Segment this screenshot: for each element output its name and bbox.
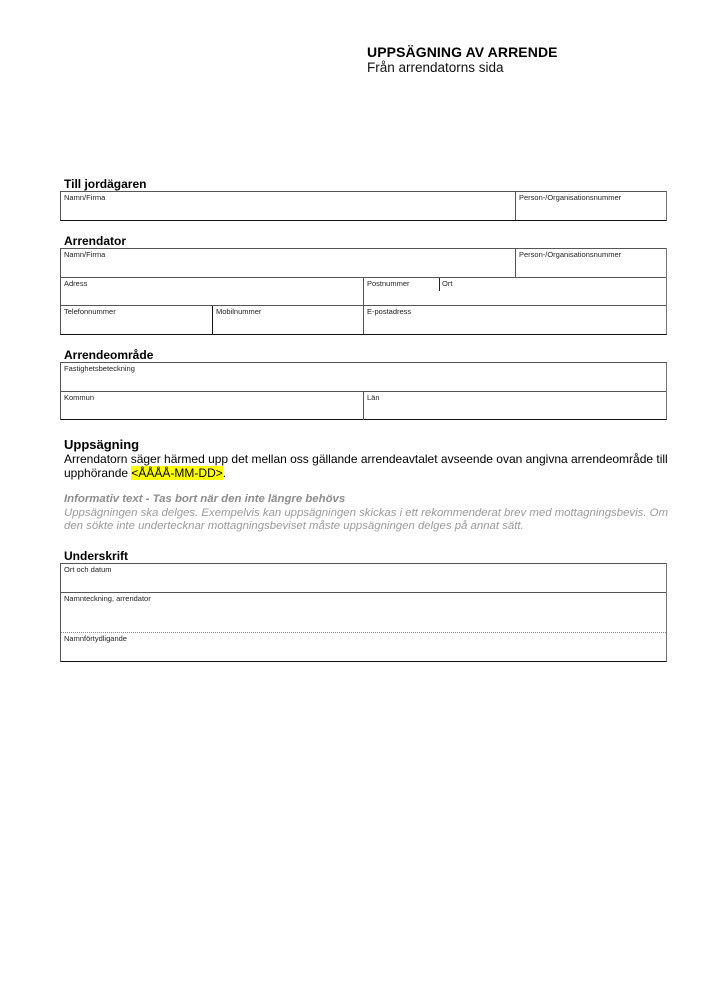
document-subtitle: Från arrendatorns sida	[367, 60, 558, 76]
tenant-box: Namn/Firma Person-/Organisationsnummer A…	[60, 248, 667, 335]
tenant-name-field[interactable]: Namn/Firma	[61, 249, 515, 277]
landowner-id-field[interactable]: Person-/Organisationsnummer	[515, 192, 666, 220]
info-block: Informativ text - Tas bort när den inte …	[64, 493, 674, 534]
county-field[interactable]: Län	[363, 392, 666, 420]
field-label: Telefonnummer	[64, 307, 209, 316]
field-label: Namn/Firma	[64, 193, 512, 202]
landowner-box: Namn/Firma Person-/Organisationsnummer	[60, 191, 667, 221]
lease-area-row-location: Kommun Län	[61, 392, 666, 420]
termination-end: .	[223, 466, 226, 480]
tenant-city-field[interactable]: Ort	[439, 278, 666, 305]
termination-date-placeholder[interactable]: <ÅÅÅÅ-MM-DD>	[131, 466, 222, 480]
landowner-row: Namn/Firma Person-/Organisationsnummer	[61, 192, 666, 220]
tenant-email-field[interactable]: E-postadress	[363, 306, 666, 334]
field-label: Ort	[442, 279, 663, 288]
field-label: Län	[367, 393, 663, 402]
tenant-row-contact: Telefonnummer Mobilnummer E-postadress	[61, 306, 666, 334]
field-label: Person-/Organisationsnummer	[519, 250, 663, 259]
tenant-phone-field[interactable]: Telefonnummer	[61, 306, 212, 334]
property-designation-field[interactable]: Fastighetsbeteckning	[61, 363, 666, 391]
document-title: UPPSÄGNING AV ARRENDE	[367, 44, 558, 60]
signature-row-name: Namnförtydligande	[61, 633, 666, 661]
tenant-heading: Arrendator	[64, 234, 126, 248]
info-title: Informativ text - Tas bort när den inte …	[64, 493, 674, 507]
field-label: Namn/Firma	[64, 250, 512, 259]
signature-field[interactable]: Namnteckning, arrendator	[61, 593, 666, 632]
signature-box: Ort och datum Namnteckning, arrendator N…	[60, 563, 667, 662]
tenant-mobile-field[interactable]: Mobilnummer	[212, 306, 363, 334]
landowner-name-field[interactable]: Namn/Firma	[61, 192, 515, 220]
tenant-id-field[interactable]: Person-/Organisationsnummer	[515, 249, 666, 277]
tenant-address-field[interactable]: Adress	[61, 278, 363, 305]
field-label: Kommun	[64, 393, 360, 402]
field-label: Namnteckning, arrendator	[64, 594, 663, 603]
divider	[439, 278, 440, 291]
info-text: Uppsägningen ska delges. Exempelvis kan …	[64, 507, 674, 534]
lease-area-box: Fastighetsbeteckning Kommun Län	[60, 362, 667, 420]
municipality-field[interactable]: Kommun	[61, 392, 363, 420]
name-clarification-field[interactable]: Namnförtydligande	[61, 633, 666, 661]
lease-area-heading: Arrendeområde	[64, 348, 153, 362]
termination-heading: Uppsägning	[64, 438, 139, 452]
lease-area-row-property: Fastighetsbeteckning	[61, 363, 666, 392]
field-label: Namnförtydligande	[64, 634, 663, 643]
field-label: Postnummer	[367, 279, 436, 288]
field-label: Ort och datum	[64, 565, 663, 574]
field-label: Adress	[64, 279, 360, 288]
termination-text: Arrendatorn säger härmed upp det mellan …	[64, 453, 669, 480]
field-label: Fastighetsbeteckning	[64, 364, 663, 373]
signature-heading: Underskrift	[64, 549, 128, 563]
tenant-postal-code-field[interactable]: Postnummer	[363, 278, 439, 305]
signature-row-place-date: Ort och datum	[61, 564, 666, 593]
landowner-heading: Till jordägaren	[64, 177, 146, 191]
tenant-row-name: Namn/Firma Person-/Organisationsnummer	[61, 249, 666, 278]
document-header: UPPSÄGNING AV ARRENDE Från arrendatorns …	[367, 44, 558, 76]
field-label: E-postadress	[367, 307, 663, 316]
field-label: Person-/Organisationsnummer	[519, 193, 663, 202]
signature-row-signature: Namnteckning, arrendator	[61, 593, 666, 633]
place-date-field[interactable]: Ort och datum	[61, 564, 666, 592]
tenant-row-address: Adress Postnummer Ort	[61, 278, 666, 306]
field-label: Mobilnummer	[216, 307, 360, 316]
